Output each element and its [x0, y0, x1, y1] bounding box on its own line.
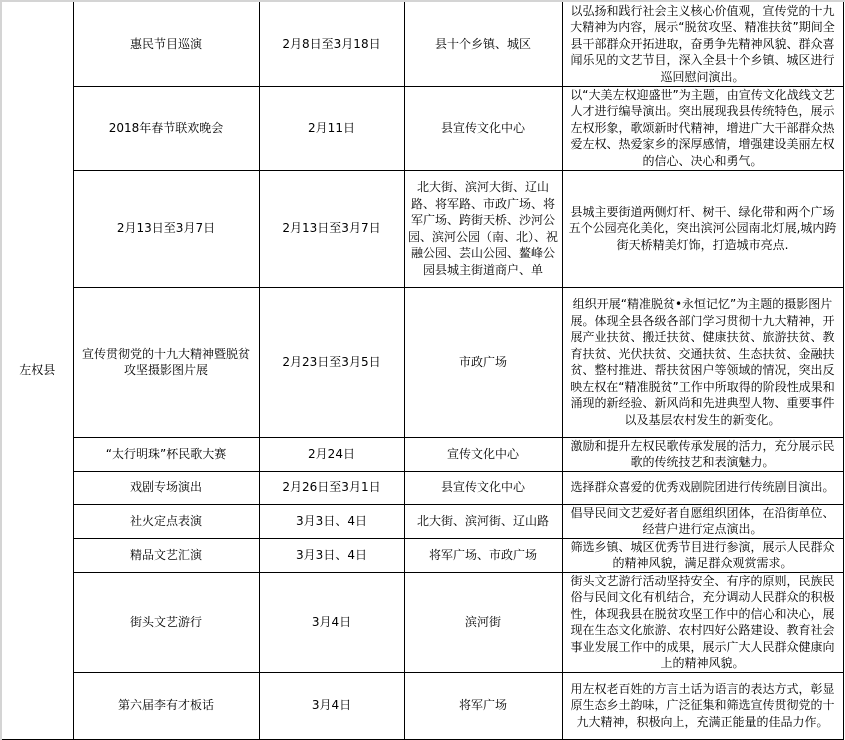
location-cell[interactable]: 北大街、滨河大街、辽山路、将军路、市政广场、将军广场、跨街天桥、沙河公园、滨河公… [404, 170, 562, 287]
location-cell[interactable]: 县宣传文化中心 [404, 86, 562, 170]
table-row: 左权县 惠民节目巡演 2月8日至3月18日 县十个乡镇、城区 以弘扬和践行社会主… [2, 2, 843, 86]
date-cell[interactable]: 2月8日至3月18日 [259, 2, 404, 86]
activity-name-cell[interactable]: 戏剧专场演出 [73, 471, 259, 504]
date-cell[interactable]: 2月24日 [259, 437, 404, 471]
location-cell[interactable]: 北大街、滨河街、辽山路 [404, 504, 562, 538]
description-cell[interactable]: 以弘扬和践行社会主义核心价值观，宣传党的十九大精神为内容，展示“脱贫攻坚、精准扶… [562, 2, 843, 86]
location-cell[interactable]: 市政广场 [404, 287, 562, 437]
table-row: “太行明珠”杯民歌大赛 2月24日 宣传文化中心 激励和提升左权民歌传承发展的活… [2, 437, 843, 471]
date-cell[interactable]: 2月26日至3月1日 [259, 471, 404, 504]
description-cell[interactable]: 街头文艺游行活动坚持安全、有序的原则，民族民俗与民间文化有机结合，充分调动人民群… [562, 572, 843, 672]
activity-name-cell[interactable]: 精品文艺汇演 [73, 538, 259, 572]
date-cell[interactable]: 3月3日、4日 [259, 504, 404, 538]
location-cell[interactable]: 宣传文化中心 [404, 437, 562, 471]
date-cell[interactable]: 2月13日至3月7日 [259, 170, 404, 287]
description-cell[interactable]: 用左权老百姓的方言土话为语言的表达方式，彰显原生态乡土韵味，广泛征集和筛选宣传贯… [562, 672, 843, 739]
activity-name-cell[interactable]: 社火定点表演 [73, 504, 259, 538]
activity-name-cell[interactable]: “太行明珠”杯民歌大赛 [73, 437, 259, 471]
activity-name-cell[interactable]: 街头文艺游行 [73, 572, 259, 672]
table-row: 戏剧专场演出 2月26日至3月1日 县宣传文化中心 选择群众喜爱的优秀戏剧院团进… [2, 471, 843, 504]
table-row: 社火定点表演 3月3日、4日 北大街、滨河街、辽山路 倡导民间文艺爱好者自愿组织… [2, 504, 843, 538]
location-cell[interactable]: 县宣传文化中心 [404, 471, 562, 504]
description-cell[interactable]: 县城主要街道两侧灯杆、树干、绿化带和两个广场五个公园亮化美化，突出滨河公园南北灯… [562, 170, 843, 287]
table-row: 第六届李有才板话 3月4日 将军广场 用左权老百姓的方言土话为语言的表达方式，彰… [2, 672, 843, 739]
description-cell[interactable]: 激励和提升左权民歌传承发展的活力，充分展示民歌的传统技艺和表演魅力。 [562, 437, 843, 471]
county-cell[interactable]: 左权县 [2, 2, 73, 739]
date-cell[interactable]: 3月4日 [259, 672, 404, 739]
activity-name-cell[interactable]: 第六届李有才板话 [73, 672, 259, 739]
date-cell[interactable]: 3月3日、4日 [259, 538, 404, 572]
activity-name-cell[interactable]: 宣传贯彻党的十九大精神暨脱贫攻坚摄影图片展 [73, 287, 259, 437]
date-cell[interactable]: 2月11日 [259, 86, 404, 170]
location-cell[interactable]: 将军广场、市政广场 [404, 538, 562, 572]
location-cell[interactable]: 县十个乡镇、城区 [404, 2, 562, 86]
table-row: 2018年春节联欢晚会 2月11日 县宣传文化中心 以“大美左权迎盛世”为主题，… [2, 86, 843, 170]
table-row: 精品文艺汇演 3月3日、4日 将军广场、市政广场 筛选乡镇、城区优秀节目进行参演… [2, 538, 843, 572]
activity-table: 左权县 惠民节目巡演 2月8日至3月18日 县十个乡镇、城区 以弘扬和践行社会主… [2, 2, 844, 740]
table-row: 2月13日至3月7日 2月13日至3月7日 北大街、滨河大街、辽山路、将军路、市… [2, 170, 843, 287]
activity-name-cell[interactable]: 2月13日至3月7日 [73, 170, 259, 287]
location-cell[interactable]: 将军广场 [404, 672, 562, 739]
date-cell[interactable]: 2月23日至3月5日 [259, 287, 404, 437]
activity-name-cell[interactable]: 惠民节目巡演 [73, 2, 259, 86]
table-row: 宣传贯彻党的十九大精神暨脱贫攻坚摄影图片展 2月23日至3月5日 市政广场 组织… [2, 287, 843, 437]
date-cell[interactable]: 3月4日 [259, 572, 404, 672]
description-cell[interactable]: 组织开展“精准脱贫•永恒记忆”为主题的摄影图片展。体现全县各级各部门学习贯彻十九… [562, 287, 843, 437]
activity-name-cell[interactable]: 2018年春节联欢晚会 [73, 86, 259, 170]
table-row: 街头文艺游行 3月4日 滨河街 街头文艺游行活动坚持安全、有序的原则，民族民俗与… [2, 572, 843, 672]
location-cell[interactable]: 滨河街 [404, 572, 562, 672]
description-cell[interactable]: 筛选乡镇、城区优秀节目进行参演，展示人民群众的精神风貌，满足群众观赏需求。 [562, 538, 843, 572]
description-cell[interactable]: 以“大美左权迎盛世”为主题，由宣传文化战线文艺人才进行编导演出。突出展现我县传统… [562, 86, 843, 170]
description-cell[interactable]: 选择群众喜爱的优秀戏剧院团进行传统剧目演出。 [562, 471, 843, 504]
description-cell[interactable]: 倡导民间文艺爱好者自愿组织团体，在沿街单位、经营户进行定点演出。 [562, 504, 843, 538]
